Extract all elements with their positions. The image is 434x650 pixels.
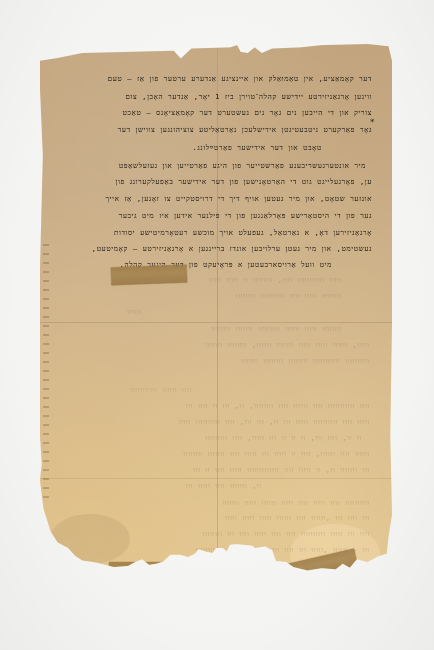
tape-strip — [111, 265, 188, 286]
text-line: טאָבט און דער אידישער פאַרטײַלונג. — [192, 143, 322, 152]
text-line: אָרגאַניזירען דאָ, א נאַרטאַל, געפעלט או… — [114, 228, 372, 237]
faint-text-line: וווו וווווו ווווווווווו — [130, 386, 192, 395]
text-line: גאָר פאַרקערט ניטבעטיגטן אידישלעכן נאַרט… — [118, 125, 372, 134]
faint-text-line: וווווווו ווווו וווווו ווווווווו ווווווו … — [211, 325, 342, 334]
faint-text-line: ווווו ווווווווווו וווו, וווווווו וו וווו… — [209, 276, 342, 285]
faint-text-line: וווווו — [127, 308, 142, 317]
faint-text-line: וווווווווו וווו ווווו וווו ווווו וווווו … — [222, 499, 370, 508]
faint-text-line: וו, ווווווו וווו ווווו ווו — [186, 482, 262, 491]
faint-text-line: וווו ווווווווווו וווו וווווו וווו וווווו… — [186, 402, 370, 411]
faint-text-line: וו וו, וווו ווו, וו וו וו ווו ווווו, ווו… — [205, 434, 362, 443]
text-line: מיר אונטערגעשריבענע פאַרשטייער פון היגע … — [119, 161, 366, 170]
faint-text-line: וווווווווו ווווווווווו וווווווו וווווווו… — [241, 357, 370, 366]
faint-text-line: ווווו, וווווו ווווו ווווו ווווווו וווווו… — [205, 341, 370, 350]
text-line: ען, פאָרגעלייגט גוט די האַרטאָנישען פון … — [116, 177, 372, 186]
text-line: ווינען אָרגאַניזירטע יידישע קהלה־טוירן ב… — [125, 92, 372, 101]
text-line: געשטימט, און מיר געטן ערלויבען אונדז ברי… — [92, 244, 372, 253]
text-line: דער קאָמאַציע, אין טאַמוּאַלק און איינצי… — [108, 74, 372, 83]
faint-text-line: ווווו וווו וווווווווו ווווו ווו וו, ווו … — [178, 418, 370, 427]
faint-text-line: וווו ווו ווווו וווווווווו וווו וווו וווו… — [203, 530, 370, 539]
text-line: אונזער שטאָט, און מיר געטען אויף דיך די … — [106, 194, 373, 203]
faint-text-line: ווו ווווווו וו, וו ווווו וווו וווווווווו… — [193, 466, 370, 475]
faint-text-line: וווווווו ווווו וווו וווווווווו וווווווו — [236, 292, 342, 301]
faint-text-line: ווו וווו ווו ,וווווו וווו וווווו ווווו ו… — [225, 514, 370, 523]
typed-text-body: דער קאָמאַציע, אין טאַמוּאַלק און איינצי… — [40, 44, 392, 604]
text-line: גער פון די היסטאָרישע פּאָרלאַנגען פון ד… — [119, 211, 372, 220]
document-page: דער קאָמאַציע, אין טאַמוּאַלק און איינצי… — [40, 44, 392, 604]
text-line: צוריק און די הייבען נים גאָר נים געשטערט… — [122, 108, 372, 117]
faint-text-line: וווווו וווו וווווו, וווו וו ווווו ווו וו… — [183, 450, 370, 459]
